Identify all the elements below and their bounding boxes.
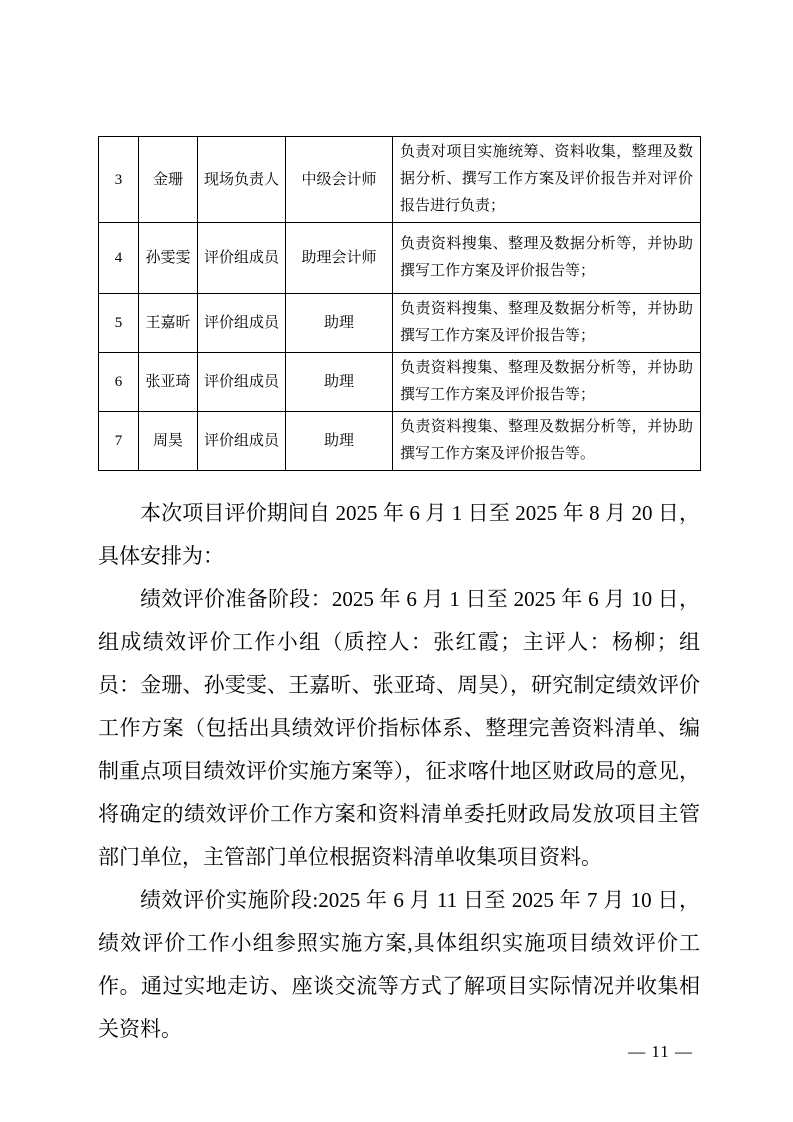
cell-title: 助理会计师 [286, 223, 393, 294]
cell-name: 金珊 [139, 137, 198, 223]
table-row: 6 张亚琦 评价组成员 助理 负责资料搜集、整理及数据分析等，并协助撰写工作方案… [99, 353, 701, 412]
cell-number: 6 [99, 353, 139, 412]
cell-role: 评价组成员 [198, 412, 286, 471]
evaluation-team-table: 3 金珊 现场负责人 中级会计师 负责对项目实施统筹、资料收集，整理及数据分析、… [98, 136, 701, 471]
paragraph-implementation-phase: 绩效评价实施阶段:2025 年 6 月 11 日至 2025 年 7 月 10 … [98, 879, 700, 1051]
table-row: 5 王嘉昕 评价组成员 助理 负责资料搜集、整理及数据分析等，并协助撰写工作方案… [99, 294, 701, 353]
page-number: — 11 — [0, 1042, 793, 1062]
cell-title: 助理 [286, 294, 393, 353]
cell-title: 中级会计师 [286, 137, 393, 223]
cell-duty: 负责对项目实施统筹、资料收集，整理及数据分析、撰写工作方案及评价报告并对评价报告… [393, 137, 701, 223]
cell-title: 助理 [286, 353, 393, 412]
body-text: 本次项目评价期间自 2025 年 6 月 1 日至 2025 年 8 月 20 … [98, 492, 700, 1051]
cell-role: 评价组成员 [198, 223, 286, 294]
cell-role: 评价组成员 [198, 294, 286, 353]
cell-name: 王嘉昕 [139, 294, 198, 353]
paragraph-preparation-phase: 绩效评价准备阶段：2025 年 6 月 1 日至 2025 年 6 月 10 日… [98, 578, 700, 879]
document-page: 3 金珊 现场负责人 中级会计师 负责对项目实施统筹、资料收集，整理及数据分析、… [0, 0, 793, 1122]
cell-name: 周昊 [139, 412, 198, 471]
cell-role: 评价组成员 [198, 353, 286, 412]
table-row: 7 周昊 评价组成员 助理 负责资料搜集、整理及数据分析等，并协助撰写工作方案及… [99, 412, 701, 471]
cell-number: 3 [99, 137, 139, 223]
cell-name: 孙雯雯 [139, 223, 198, 294]
cell-duty: 负责资料搜集、整理及数据分析等，并协助撰写工作方案及评价报告等； [393, 353, 701, 412]
cell-duty: 负责资料搜集、整理及数据分析等，并协助撰写工作方案及评价报告等。 [393, 412, 701, 471]
cell-number: 4 [99, 223, 139, 294]
cell-name: 张亚琦 [139, 353, 198, 412]
cell-duty: 负责资料搜集、整理及数据分析等，并协助撰写工作方案及评价报告等； [393, 294, 701, 353]
cell-role: 现场负责人 [198, 137, 286, 223]
cell-title: 助理 [286, 412, 393, 471]
cell-number: 7 [99, 412, 139, 471]
table-row: 4 孙雯雯 评价组成员 助理会计师 负责资料搜集、整理及数据分析等，并协助撰写工… [99, 223, 701, 294]
cell-duty: 负责资料搜集、整理及数据分析等，并协助撰写工作方案及评价报告等； [393, 223, 701, 294]
cell-number: 5 [99, 294, 139, 353]
paragraph-evaluation-period: 本次项目评价期间自 2025 年 6 月 1 日至 2025 年 8 月 20 … [98, 492, 700, 578]
table-row: 3 金珊 现场负责人 中级会计师 负责对项目实施统筹、资料收集，整理及数据分析、… [99, 137, 701, 223]
